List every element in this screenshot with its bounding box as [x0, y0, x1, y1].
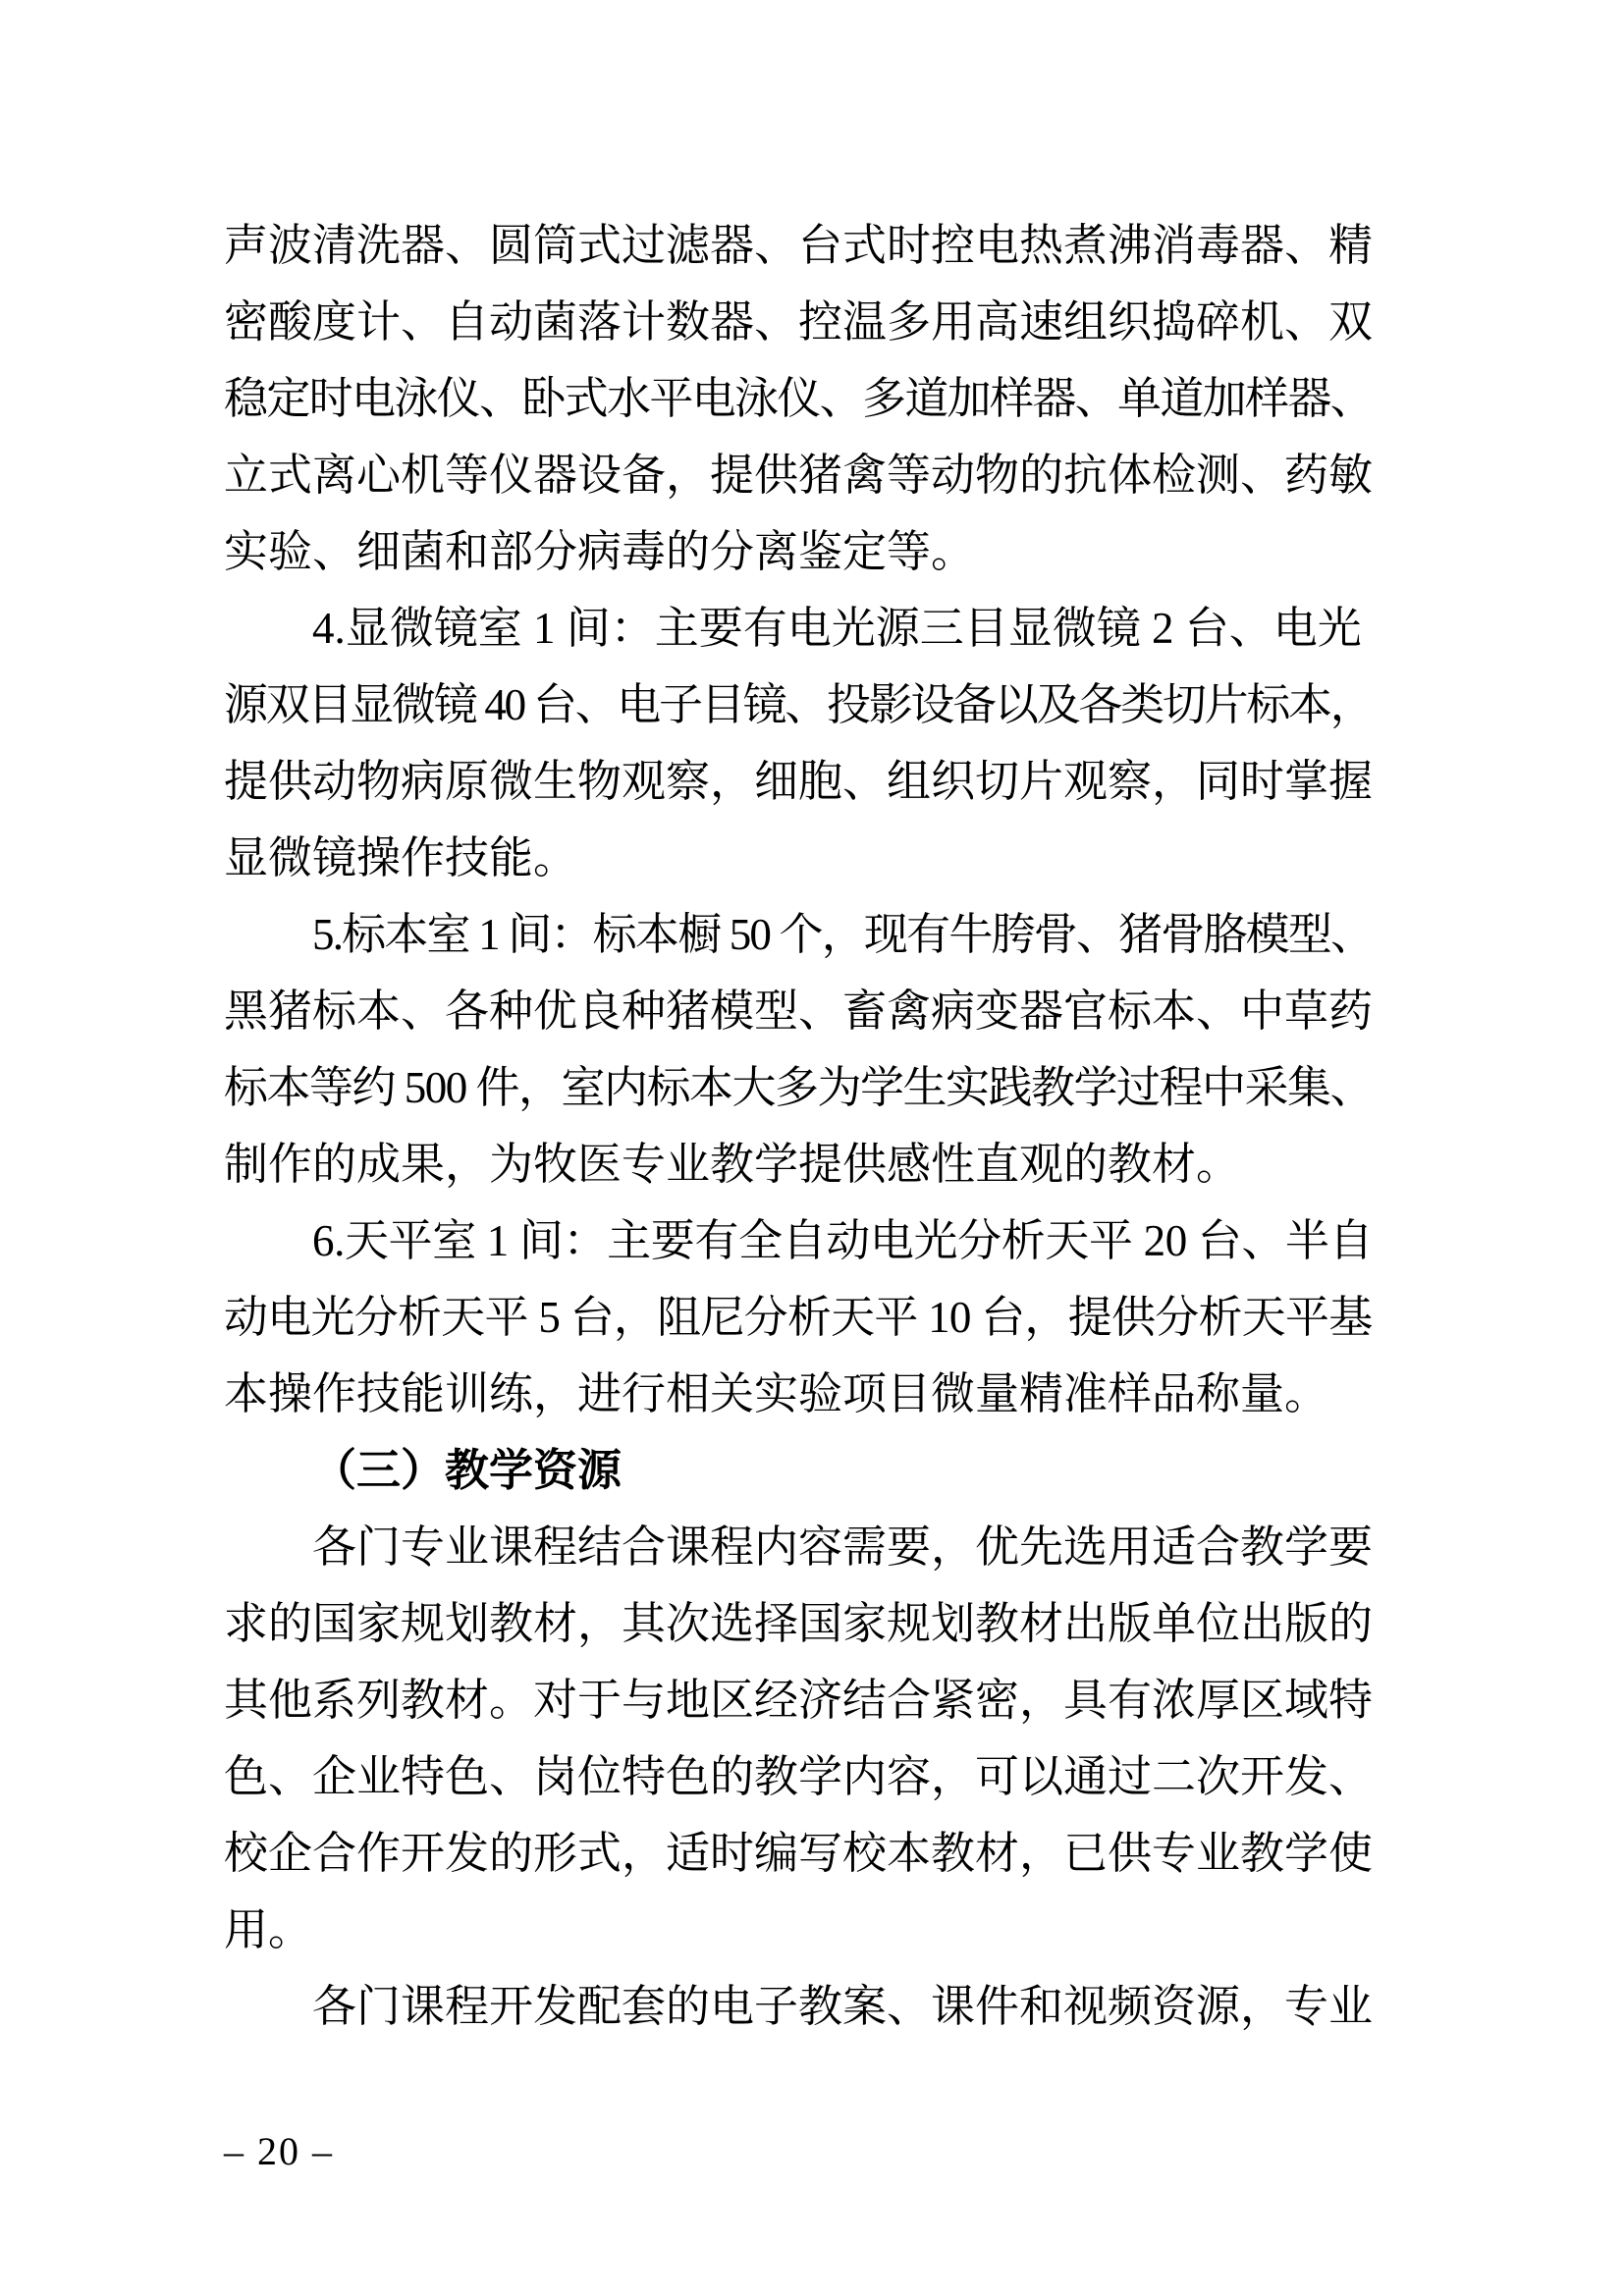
body-line: 声波清洗器、圆筒式过滤器、台式时控电热煮沸消毒器、精 [224, 207, 1373, 284]
body-line: 标本等约 500 件，室内标本大多为学生实践教学过程中采集、 [224, 1049, 1373, 1126]
body-line: 6.天平室 1 间：主要有全自动电光分析天平 20 台、半自 [224, 1202, 1373, 1279]
body-line: 黑猪标本、各种优良种猪模型、畜禽病变器官标本、中草药 [224, 973, 1373, 1049]
body-line: 源双目显微镜 40 台、电子目镜、投影设备以及各类切片标本， [224, 667, 1373, 743]
body-line: 提供动物病原微生物观察，细胞、组织切片观察，同时掌握 [224, 743, 1373, 820]
body-line: 密酸度计、自动菌落计数器、控温多用高速组织捣碎机、双 [224, 284, 1373, 360]
body-line: 稳定时电泳仪、卧式水平电泳仪、多道加样器、单道加样器、 [224, 360, 1373, 437]
body-line: 各门课程开发配套的电子教案、课件和视频资源，专业 [224, 1968, 1373, 2045]
body-line: 4.显微镜室 1 间：主要有电光源三目显微镜 2 台、电光 [224, 590, 1373, 667]
body-line: 立式离心机等仪器设备，提供猪禽等动物的抗体检测、药敏 [224, 437, 1373, 513]
body-line: 各门专业课程结合课程内容需要，优先选用适合教学要 [224, 1509, 1373, 1585]
body-line: 显微镜操作技能。 [224, 820, 1373, 896]
page-number: – 20 – [224, 2128, 334, 2175]
body-line: 动电光分析天平 5 台，阻尼分析天平 10 台，提供分析天平基 [224, 1279, 1373, 1356]
body-line: 用。 [224, 1892, 1373, 1968]
body-line: 实验、细菌和部分病毒的分离鉴定等。 [224, 513, 1373, 590]
body-line: 校企合作开发的形式，适时编写校本教材，已供专业教学使 [224, 1815, 1373, 1892]
body-line: 其他系列教材。对于与地区经济结合紧密，具有浓厚区域特 [224, 1662, 1373, 1738]
body-line: 色、企业特色、岗位特色的教学内容，可以通过二次开发、 [224, 1738, 1373, 1815]
text-block: 声波清洗器、圆筒式过滤器、台式时控电热煮沸消毒器、精 密酸度计、自动菌落计数器、… [224, 207, 1373, 2045]
body-line: 求的国家规划教材，其次选择国家规划教材出版单位出版的 [224, 1585, 1373, 1662]
body-line: 制作的成果，为牧医专业教学提供感性直观的教材。 [224, 1126, 1373, 1202]
body-line: 本操作技能训练，进行相关实验项目微量精准样品称量。 [224, 1356, 1373, 1432]
section-heading: （三）教学资源 [224, 1432, 1373, 1509]
body-line: 5.标本室 1 间：标本橱 50 个，现有牛胯骨、猪骨胳模型、 [224, 896, 1373, 973]
document-page: 声波清洗器、圆筒式过滤器、台式时控电热煮沸消毒器、精 密酸度计、自动菌落计数器、… [0, 0, 1624, 2296]
